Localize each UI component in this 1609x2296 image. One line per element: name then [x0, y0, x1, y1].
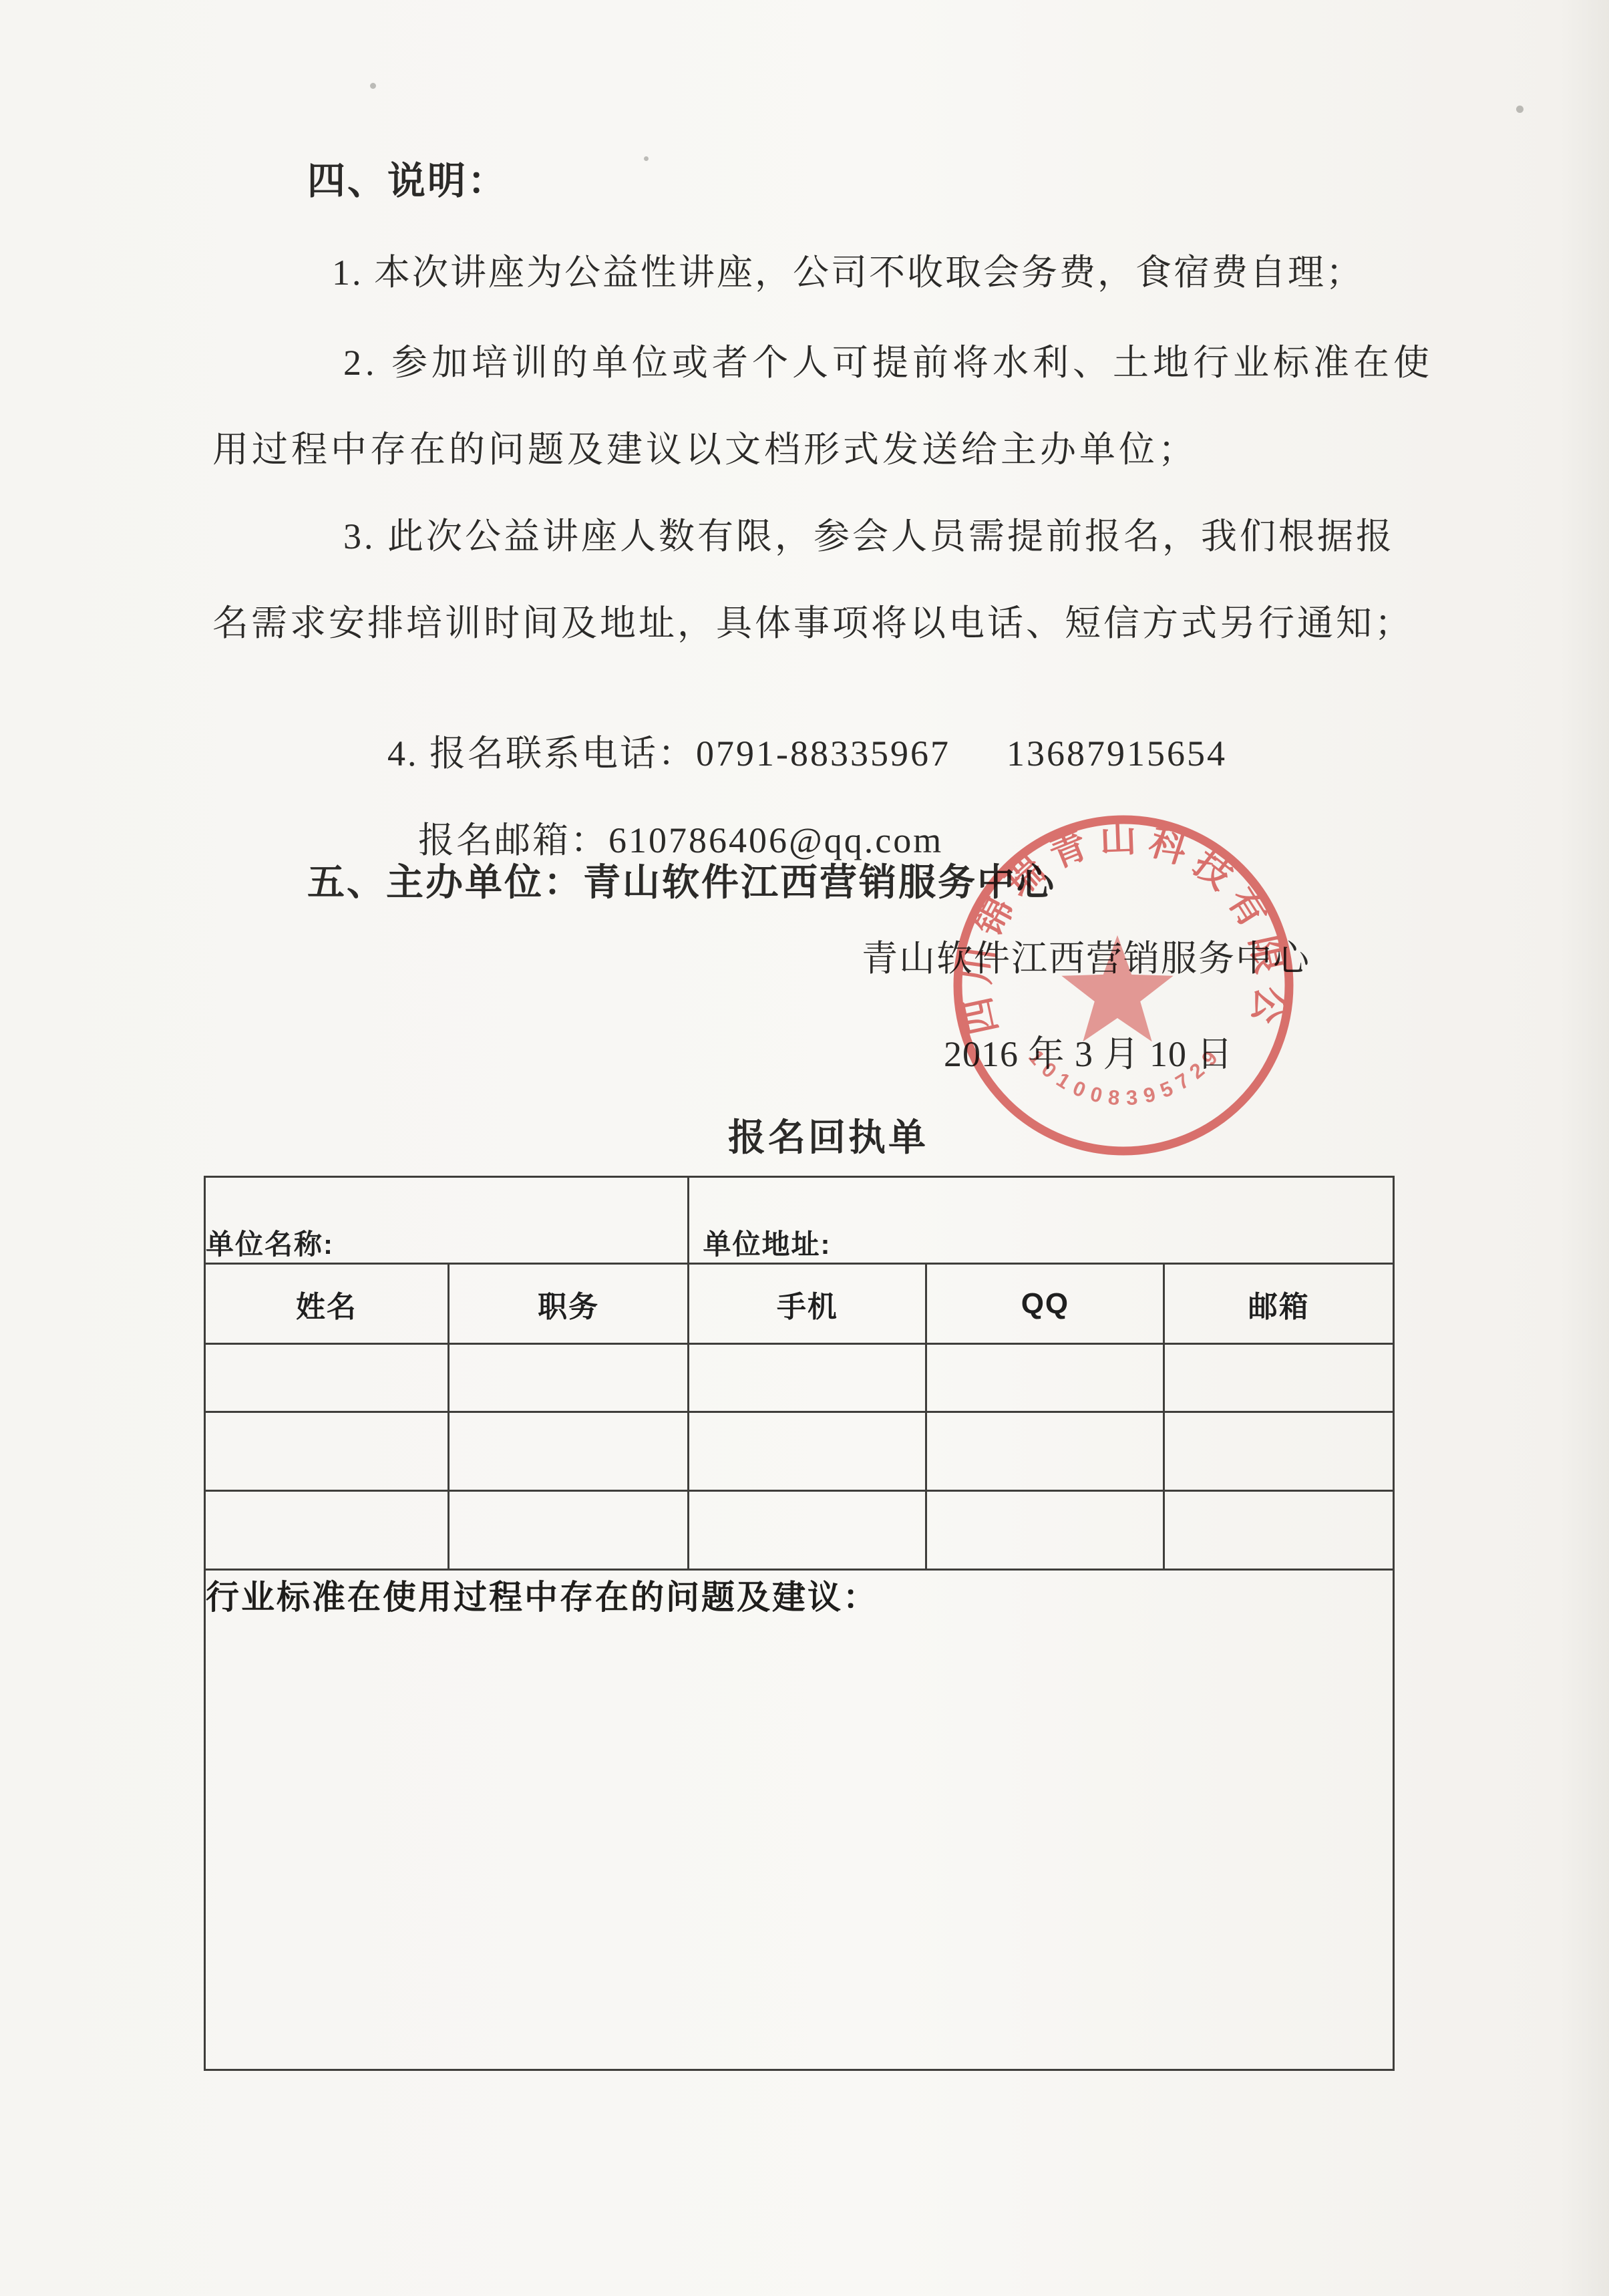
signature-organization: 青山软件江西营销服务中心 [862, 937, 1310, 981]
scan-speck [370, 83, 376, 89]
table-row-unit: 单位名称: 单位地址: [205, 1177, 1394, 1264]
signature-date: 2016 年 3 月 10 日 [944, 1033, 1234, 1076]
suggestions-cell: 行业标准在使用过程中存在的问题及建议： [205, 1570, 1394, 2070]
empty-cell [448, 1491, 689, 1570]
notice-item-3-line-2: 名需求安排培训时间及地址，具体事项将以电话、短信方式另行通知； [212, 602, 1413, 645]
empty-cell [205, 1412, 449, 1491]
column-header-email: 邮箱 [1164, 1264, 1394, 1344]
table-row-empty [205, 1344, 1394, 1412]
reply-form-table: 单位名称: 单位地址: 姓名 职务 手机 QQ 邮箱 行业标准在使用过程中存在的… [204, 1176, 1395, 2071]
email-label: 报名邮箱： [418, 820, 608, 860]
empty-cell [689, 1344, 926, 1412]
column-header-position: 职务 [448, 1264, 689, 1344]
empty-cell [205, 1491, 449, 1570]
section5-heading: 五、主办单位：青山软件江西营销服务中心 [307, 861, 1056, 906]
notice-item-1: 1. 本次讲座为公益性讲座，公司不收取会务费，食宿费自理； [332, 251, 1364, 295]
empty-cell [1164, 1344, 1394, 1412]
empty-cell [1164, 1412, 1394, 1491]
column-header-name: 姓名 [205, 1264, 449, 1344]
phone-number-2: 13687915654 [1007, 733, 1227, 774]
svg-text:四川锦瑞青山科技有限公司: 四川锦瑞青山科技有限公司 [947, 808, 1291, 1038]
phone-number-1: 0791-88335967 [696, 733, 950, 774]
table-row-empty [205, 1412, 1394, 1491]
column-header-mobile: 手机 [689, 1264, 926, 1344]
empty-cell [926, 1344, 1164, 1412]
column-header-qq: QQ [926, 1264, 1164, 1344]
empty-cell [689, 1491, 926, 1570]
notice-item-3-line-1: 3. 此次公益讲座人数有限，参会人员需提前报名，我们根据报 [343, 515, 1395, 558]
email-address: 610786406@qq.com [608, 820, 943, 860]
empty-cell [926, 1491, 1164, 1570]
empty-cell [689, 1412, 926, 1491]
seal-company-name: 四川锦瑞青山科技有限公司 [947, 808, 1291, 1038]
empty-cell [926, 1412, 1164, 1491]
empty-cell [448, 1344, 689, 1412]
unit-address-cell: 单位地址: [689, 1177, 1394, 1264]
unit-name-cell: 单位名称: [205, 1177, 689, 1264]
empty-cell [1164, 1491, 1394, 1570]
table-row-headers: 姓名 职务 手机 QQ 邮箱 [205, 1264, 1394, 1344]
table-row-suggestions: 行业标准在使用过程中存在的问题及建议： [205, 1570, 1394, 2070]
notice-item-2-line-2: 用过程中存在的问题及建议以文档形式发送给主办单位； [212, 428, 1198, 472]
empty-cell [205, 1344, 449, 1412]
phone-label: 4. 报名联系电话： [387, 733, 696, 774]
notice-item-2-line-1: 2. 参加培训的单位或者个人可提前将水利、土地行业标准在使 [343, 341, 1433, 385]
empty-cell [448, 1412, 689, 1491]
scan-speck [644, 156, 649, 161]
table-row-empty [205, 1491, 1394, 1570]
scanned-document-page: 四、说明： 1. 本次讲座为公益性讲座，公司不收取会务费，食宿费自理； 2. 参… [0, 0, 1609, 2296]
scan-speck [1516, 106, 1524, 113]
section4-heading: 四、说明： [307, 159, 508, 204]
reply-form-title: 报名回执单 [728, 1108, 928, 1162]
